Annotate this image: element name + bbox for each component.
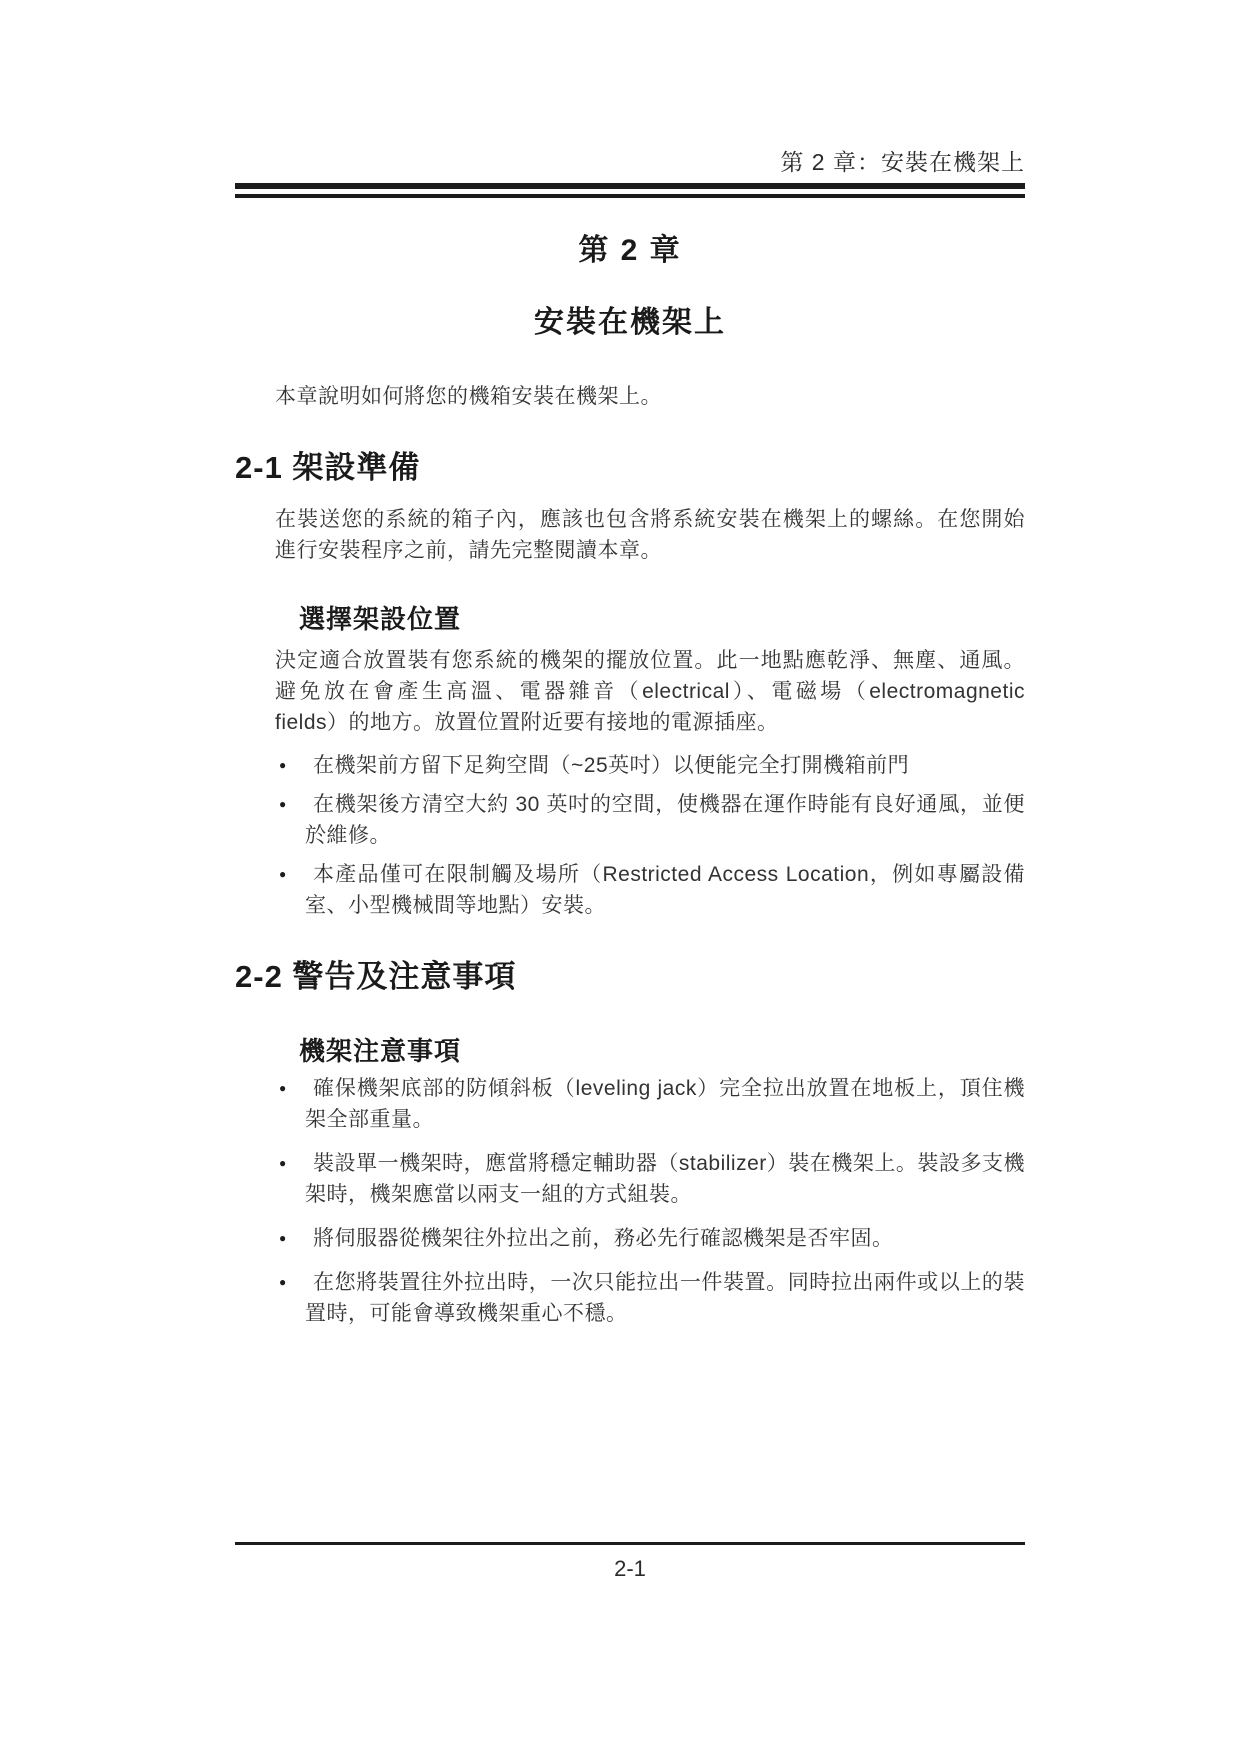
bullet-text: 裝設單一機架時，應當將穩定輔助器（stabilizer）裝在機架上。裝設多支機架…	[305, 1148, 1025, 1210]
manual-page: 第 2 章：安裝在機架上 第 2 章 安裝在機架上 本章說明如何將您的機箱安裝在…	[0, 0, 1241, 1754]
bullet-item: ● 在您將裝置往外拉出時，一次只能拉出一件裝置。同時拉出兩件或以上的裝置時，可能…	[235, 1267, 1025, 1329]
subsection-heading-rack-precautions: 機架注意事項	[299, 1033, 1025, 1069]
bullet-text: 確保機架底部的防傾斜板（leveling jack）完全拉出放置在地板上，頂住機…	[305, 1073, 1025, 1135]
bullet-icon: ●	[279, 1148, 305, 1210]
paragraph-lead-2-1: 在裝送您的系統的箱子內，應該也包含將系統安裝在機架上的螺絲。在您開始進行安裝程序…	[275, 504, 1025, 566]
content-column: 第 2 章：安裝在機架上 第 2 章 安裝在機架上 本章說明如何將您的機箱安裝在…	[235, 0, 1025, 1329]
subsection-heading-location: 選擇架設位置	[299, 601, 1025, 637]
bullet-item: ● 裝設單一機架時，應當將穩定輔助器（stabilizer）裝在機架上。裝設多支…	[235, 1148, 1025, 1210]
bullet-list-rack-precautions: ● 確保機架底部的防傾斜板（leveling jack）完全拉出放置在地板上，頂…	[235, 1073, 1025, 1329]
chapter-number: 第 2 章	[235, 232, 1025, 270]
chapter-title: 安裝在機架上	[235, 304, 1025, 342]
bullet-text: 本產品僅可在限制觸及場所（Restricted Access Location，…	[305, 859, 1025, 921]
bullet-item: ● 本產品僅可在限制觸及場所（Restricted Access Locatio…	[235, 859, 1025, 921]
bullet-icon: ●	[279, 789, 305, 851]
bullet-text: 在機架後方清空大約 30 英吋的空間，使機器在運作時能有良好通風，並便於維修。	[305, 789, 1025, 851]
header-rule	[235, 183, 1025, 198]
running-head: 第 2 章：安裝在機架上	[235, 150, 1025, 174]
bullet-item: ● 在機架前方留下足夠空間（~25英吋）以便能完全打開機箱前門	[235, 750, 1025, 781]
bullet-icon: ●	[279, 750, 305, 781]
bullet-text: 在您將裝置往外拉出時，一次只能拉出一件裝置。同時拉出兩件或以上的裝置時，可能會導…	[305, 1267, 1025, 1329]
bullet-item: ● 確保機架底部的防傾斜板（leveling jack）完全拉出放置在地板上，頂…	[235, 1073, 1025, 1135]
chapter-intro: 本章說明如何將您的機箱安裝在機架上。	[275, 382, 1025, 412]
paragraph-location: 決定適合放置裝有您系統的機架的擺放位置。此一地點應乾淨、無塵、通風。避免放在會產…	[275, 645, 1025, 738]
bullet-icon: ●	[279, 1267, 305, 1329]
section-heading-2-2: 2-2 警告及注意事項	[235, 956, 1025, 998]
bullet-icon: ●	[279, 859, 305, 921]
bullet-icon: ●	[279, 1073, 305, 1135]
bullet-text: 在機架前方留下足夠空間（~25英吋）以便能完全打開機箱前門	[305, 750, 1025, 781]
bullet-item: ● 將伺服器從機架往外拉出之前，務必先行確認機架是否牢固。	[235, 1223, 1025, 1254]
bullet-icon: ●	[279, 1223, 305, 1254]
section-heading-2-1: 2-1 架設準備	[235, 447, 1025, 489]
footer-rule	[235, 1542, 1025, 1545]
bullet-text: 將伺服器從機架往外拉出之前，務必先行確認機架是否牢固。	[305, 1223, 1025, 1254]
page-number: 2-1	[235, 1556, 1025, 1582]
bullet-item: ● 在機架後方清空大約 30 英吋的空間，使機器在運作時能有良好通風，並便於維修…	[235, 789, 1025, 851]
bullet-list-location: ● 在機架前方留下足夠空間（~25英吋）以便能完全打開機箱前門 ● 在機架後方清…	[235, 750, 1025, 921]
